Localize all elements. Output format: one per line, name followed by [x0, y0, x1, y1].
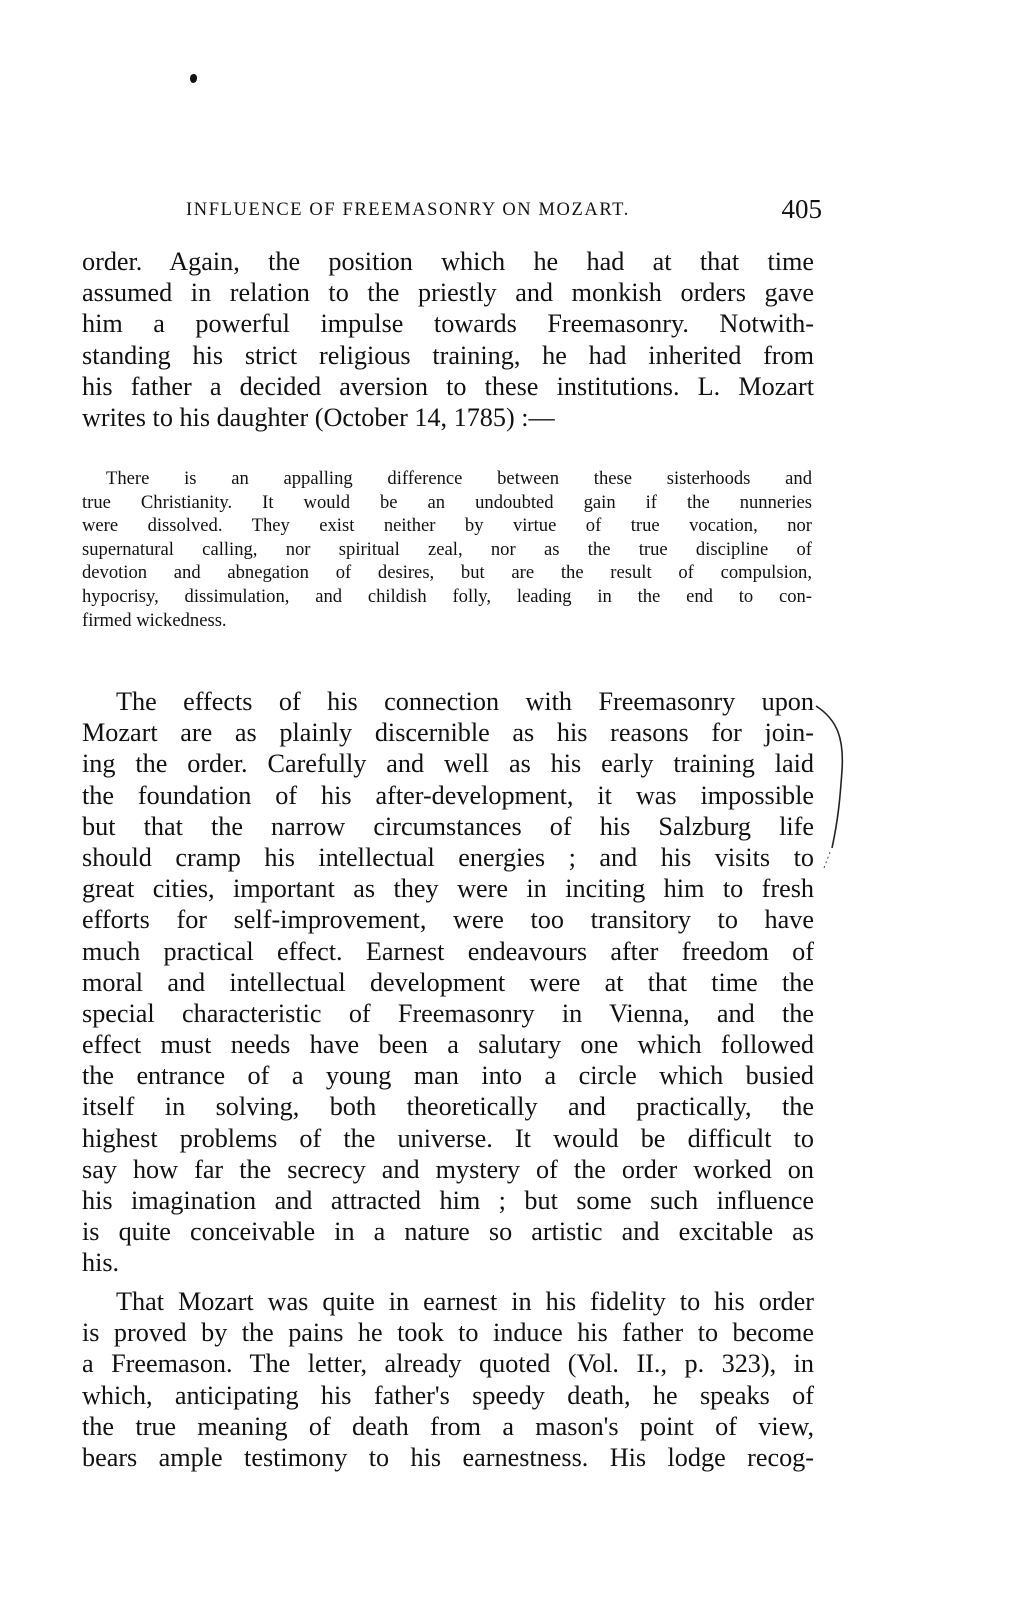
text-line: his.	[82, 1247, 814, 1278]
text-line: That Mozart was quite in earnest in his …	[82, 1286, 814, 1317]
text-line: efforts for self-improvement, were too t…	[82, 904, 814, 935]
quote-line: devotion and abnegation of desires, but …	[82, 561, 812, 585]
quote-line: firmed wickedness.	[82, 609, 812, 633]
text-line: itself in solving, both theoretically an…	[82, 1091, 814, 1122]
text-line: is quite conceivable in a nature so arti…	[82, 1216, 814, 1247]
text-line: ing the order. Carefully and well as his…	[82, 748, 814, 779]
text-line: the foundation of his after-development,…	[82, 780, 814, 811]
text-line: which, anticipating his father's speedy …	[82, 1380, 814, 1411]
quote-line: hypocrisy, dissimulation, and childish f…	[82, 585, 812, 609]
text-line: great cities, important as they were in …	[82, 873, 814, 904]
text-line: his imagination and attracted him ; but …	[82, 1185, 814, 1216]
text-line: Mozart are as plainly discernible as his…	[82, 717, 814, 748]
text-line: a Freemason. The letter, already quoted …	[82, 1348, 814, 1379]
text-line: The effects of his connection with Freem…	[82, 686, 814, 717]
text-line: effect must needs have been a salutary o…	[82, 1029, 814, 1060]
text-line: him a powerful impulse towards Freemason…	[82, 308, 814, 339]
quote-line: were dissolved. They exist neither by vi…	[82, 514, 812, 538]
text-line: special characteristic of Freemasonry in…	[82, 998, 814, 1029]
text-line: order. Again, the position which he had …	[82, 246, 814, 277]
text-line: bears ample testimony to his earnestness…	[82, 1442, 814, 1473]
text-line: highest problems of the universe. It wou…	[82, 1123, 814, 1154]
text-line: is proved by the pains he took to induce…	[82, 1317, 814, 1348]
text-line: the entrance of a young man into a circl…	[82, 1060, 814, 1091]
text-line: but that the narrow circumstances of his…	[82, 811, 814, 842]
text-line: his father a decided aversion to these i…	[82, 371, 814, 402]
block-quote: There is an appalling difference between…	[82, 467, 812, 632]
margin-bracket-mark	[810, 700, 870, 870]
text-line: standing his strict religious training, …	[82, 340, 814, 371]
text-line: writes to his daughter (October 14, 1785…	[82, 402, 814, 433]
text-line: the true meaning of death from a mason's…	[82, 1411, 814, 1442]
text-line: should cramp his intellectual energies ;…	[82, 842, 814, 873]
paragraph-2: The effects of his connection with Freem…	[82, 686, 814, 1279]
text-line: much practical effect. Earnest endeavour…	[82, 936, 814, 967]
quote-line: supernatural calling, nor spiritual zeal…	[82, 538, 812, 562]
quote-line: true Christianity. It would be an undoub…	[82, 491, 812, 515]
text-line: say how far the secrecy and mystery of t…	[82, 1154, 814, 1185]
text-line: assumed in relation to the priestly and …	[82, 277, 814, 308]
text-line: moral and intellectual development were …	[82, 967, 814, 998]
ink-speck	[190, 74, 197, 83]
quote-line: There is an appalling difference between…	[82, 467, 812, 491]
paragraph-3: That Mozart was quite in earnest in his …	[82, 1286, 814, 1473]
paragraph-1: order. Again, the position which he had …	[82, 212, 814, 433]
